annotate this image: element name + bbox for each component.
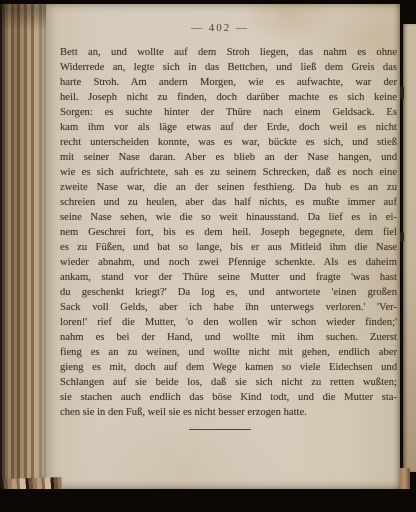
text-line: Widerrede an, legte sich in das Bettchen… <box>60 60 397 75</box>
left-page-edges <box>0 0 46 503</box>
text-line: heil. Joseph nicht zu finden, doch darüb… <box>60 90 397 105</box>
text-line: nahm es bei der Hand, und wollte mit ihm… <box>60 330 397 345</box>
text-line: schreien und zu heulen, aber das half ni… <box>60 195 397 210</box>
text-line: du geschenkt kriegt?' Da log es, und ant… <box>60 285 397 300</box>
text-line: recht unterscheiden konnte, was es war, … <box>60 135 397 150</box>
book-page: — 402 — Bett an, und wollte auf dem Stro… <box>40 4 400 489</box>
text-line: wieder abnahm, und noch zwei Pfennige sc… <box>60 255 397 270</box>
text-line: zweite Nase war, die an der seinen festh… <box>60 180 397 195</box>
text-line: ankam, stand vor der Thüre seine Mutter … <box>60 270 397 285</box>
text-line: Sorgen: es suchte hinter der Thüre nach … <box>60 105 397 120</box>
text-line: Bett an, und wollte auf dem Stroh liegen… <box>60 45 397 60</box>
section-divider <box>189 429 251 430</box>
text-line: chen sie in den Fuß, weil sie es nicht b… <box>60 405 397 420</box>
text-line: kam ihm vor als läge etwas auf der Erde,… <box>60 120 397 135</box>
background-top <box>0 0 416 4</box>
text-line: Schlangen auf sie beide los, daß sie sic… <box>60 375 397 390</box>
text-line: es zu Füßen, und bat so lange, bis er au… <box>60 240 397 255</box>
scanned-book-photo: — 402 — Bett an, und wollte auf dem Stro… <box>0 0 416 512</box>
text-line: harte Stroh. Am andern Morgen, wie es au… <box>60 75 397 90</box>
text-line: wie es sich aufrichtete, sah es zu seine… <box>60 165 397 180</box>
background-bottom <box>0 489 416 512</box>
text-line: mit seiner Nase daran. Aber es blieb an … <box>60 150 397 165</box>
body-text: Bett an, und wollte auf dem Stroh liegen… <box>60 45 397 420</box>
text-line: nem Geschrei fort, bis es dem heil. Jose… <box>60 225 397 240</box>
page-number: — 402 — <box>50 22 390 34</box>
text-line: sie stachen auch endlich das böse Kind t… <box>60 390 397 405</box>
binding-mark <box>400 86 404 100</box>
binding-mark <box>400 232 404 242</box>
text-line: loren!' rief die Mutter, 'o den wollen w… <box>60 315 397 330</box>
text-line: fieng es an zu weinen, und wollte nicht … <box>60 345 397 360</box>
right-page-edge <box>403 24 416 472</box>
text-line: gieng es mit, doch auf dem Wege kamen so… <box>60 360 397 375</box>
text-line: Sack voll Gelds, aber ich habe ihn unter… <box>60 300 397 315</box>
text-line: seine Nase sehen, wie die so weit hinaus… <box>60 210 397 225</box>
